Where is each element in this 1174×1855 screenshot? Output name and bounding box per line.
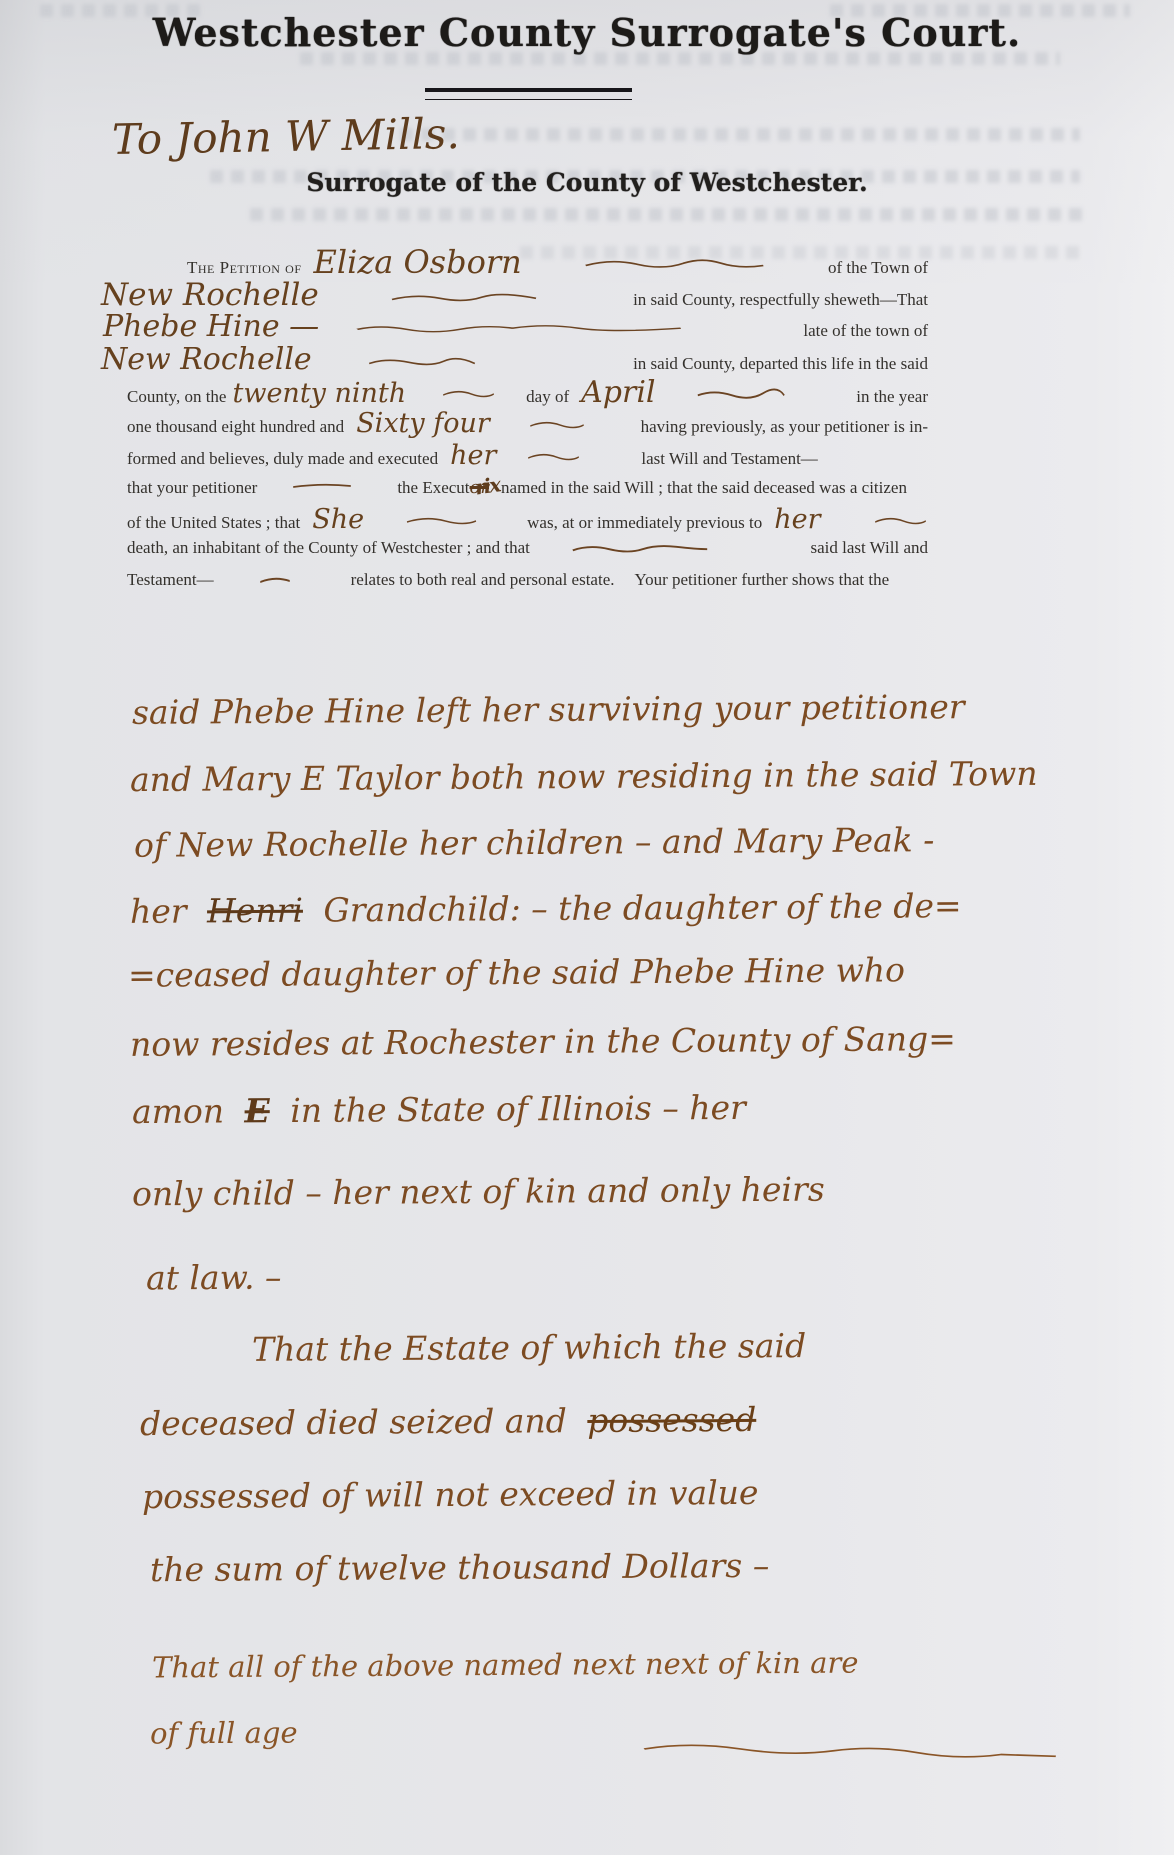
scanned-document-page: Westchester County Surrogate's Court. To…: [0, 0, 1174, 1855]
late-of-town-label: late of the town of: [803, 321, 928, 341]
deceased-town-handwriting: New Rochelle: [101, 345, 312, 375]
petition-of-label: The Petition of: [127, 258, 302, 278]
ink-flourish: [526, 450, 581, 462]
form-line: Testament— relates to both real and pers…: [127, 570, 928, 590]
ink-flourish: [389, 289, 539, 303]
death-month-handwriting: April: [581, 378, 655, 408]
form-line: New Rochelle in said County, departed th…: [127, 345, 928, 375]
petitioner-name-handwriting: Eliza Osborn: [314, 246, 522, 278]
ink-flourish: [528, 418, 586, 430]
handwritten-line: her Henri Grandchild: – the daughter of …: [130, 886, 962, 931]
ink-flourish: [873, 514, 928, 526]
form-line: New Rochelle in said County, respectfull…: [127, 280, 928, 311]
struck-out-word: E: [244, 1091, 269, 1130]
form-line: County, on the twenty ninth day of April…: [127, 378, 928, 408]
ink-flourish: [259, 575, 291, 585]
handwritten-line: at law. –: [146, 1258, 282, 1298]
handwritten-segment: amon: [132, 1092, 224, 1132]
relates-label: relates to both real and personal estate…: [351, 570, 615, 590]
named-in-will-label: named in the said Will ; that the said d…: [501, 478, 907, 498]
form-line: death, an inhabitant of the County of We…: [127, 538, 928, 558]
bleed-through-artifact: [250, 208, 1090, 221]
death-day-handwriting: twenty ninth: [232, 380, 406, 407]
ink-flourish: [696, 386, 786, 400]
handwritten-segment: Grandchild: – the daughter of the de=: [323, 886, 961, 929]
form-line: of the United States ; that She was, at …: [127, 506, 928, 533]
day-of-label: day of: [526, 387, 569, 407]
struck-out-word: Henri: [207, 891, 303, 931]
year-prefix-label: one thousand eight hundred and: [127, 417, 344, 437]
handwritten-line: That all of the above named next next of…: [152, 1646, 859, 1685]
further-shows-label: Your petitioner further shows that the: [635, 570, 890, 590]
handwritten-line: only child – her next of kin and only he…: [132, 1170, 825, 1214]
handwritten-segment: in the State of Illinois – her: [290, 1088, 746, 1130]
her-handwriting: her: [450, 442, 496, 469]
said-last-will-label: said last Will and: [810, 538, 928, 558]
form-line: formed and believes, duly made and execu…: [127, 442, 928, 469]
ink-flourish: [441, 387, 496, 399]
bleed-through-artifact: [400, 128, 1080, 141]
last-will-label: last Will and Testament—: [641, 449, 817, 469]
handwritten-line: deceased died seized and possessed: [140, 1400, 757, 1443]
form-line: one thousand eight hundred and Sixty fou…: [127, 410, 928, 437]
testament-label: Testament—: [127, 570, 214, 590]
struck-out-word: possessed: [587, 1400, 756, 1440]
us-that-label: of the United States ; that: [127, 513, 300, 533]
form-line: that your petitioner the Executorrix nam…: [127, 474, 928, 498]
previous-to-label: was, at or immediately previous to: [527, 513, 762, 533]
handwritten-line: the sum of twelve thousand Dollars –: [150, 1546, 770, 1589]
handwritten-line: =ceased daughter of the said Phebe Hine …: [128, 950, 905, 994]
handwritten-line: amon E in the State of Illinois – her: [132, 1088, 746, 1131]
ink-flourish: [582, 255, 767, 269]
deceased-name-handwriting: Phebe Hine —: [103, 312, 319, 342]
that-petitioner-label: that your petitioner: [127, 478, 257, 498]
handwritten-line: and Mary E Taylor both now residing in t…: [130, 754, 1038, 799]
ink-flourish: [570, 541, 710, 555]
ink-flourish: [367, 353, 477, 367]
county-sheweth-label: in said County, respectfully sheweth—Tha…: [633, 290, 928, 310]
she-handwriting: She: [312, 506, 364, 533]
county-on-the-label: County, on the: [127, 387, 226, 407]
form-line: Phebe Hine — late of the town of: [127, 312, 928, 342]
death-year-handwriting: Sixty four: [356, 410, 490, 437]
court-title: Westchester County Surrogate's Court.: [0, 10, 1174, 55]
handwritten-line: of full age: [150, 1715, 298, 1750]
having-previously-label: having previously, as your petitioner is…: [641, 417, 928, 437]
surrogate-title: Surrogate of the County of Westchester.: [0, 168, 1174, 197]
handwritten-line: said Phebe Hine left her surviving your …: [132, 687, 965, 732]
executrix-correction-handwriting: rix: [473, 472, 500, 499]
handwritten-line: of New Rochelle her children – and Mary …: [134, 820, 935, 865]
of-town-of-label: of the Town of: [828, 258, 928, 278]
ink-flourish: [640, 1738, 1060, 1765]
handwritten-segment: deceased died seized and: [140, 1401, 567, 1443]
departed-life-label: in said County, departed this life in th…: [633, 354, 928, 374]
in-the-year-label: in the year: [856, 387, 928, 407]
handwritten-line: That the Estate of which the said: [252, 1326, 806, 1369]
handwritten-segment: her: [130, 892, 187, 931]
handwritten-line: possessed of will not exceed in value: [142, 1473, 759, 1516]
ink-flourish: [292, 482, 352, 490]
ink-flourish: [354, 320, 684, 334]
formed-executed-label: formed and believes, duly made and execu…: [127, 449, 438, 469]
header-rule: [425, 88, 632, 100]
ink-flourish: [404, 514, 479, 526]
petitioner-town-handwriting: New Rochelle: [101, 280, 319, 311]
her-handwriting: her: [774, 506, 820, 533]
addressee-handwriting: To John W Mills.: [112, 109, 461, 164]
death-inhabitant-label: death, an inhabitant of the County of We…: [127, 538, 530, 558]
executor-stem-label: the Execut: [397, 478, 469, 498]
form-line: The Petition of Eliza Osborn of the Town…: [127, 246, 928, 278]
handwritten-line: now resides at Rochester in the County o…: [130, 1019, 956, 1064]
